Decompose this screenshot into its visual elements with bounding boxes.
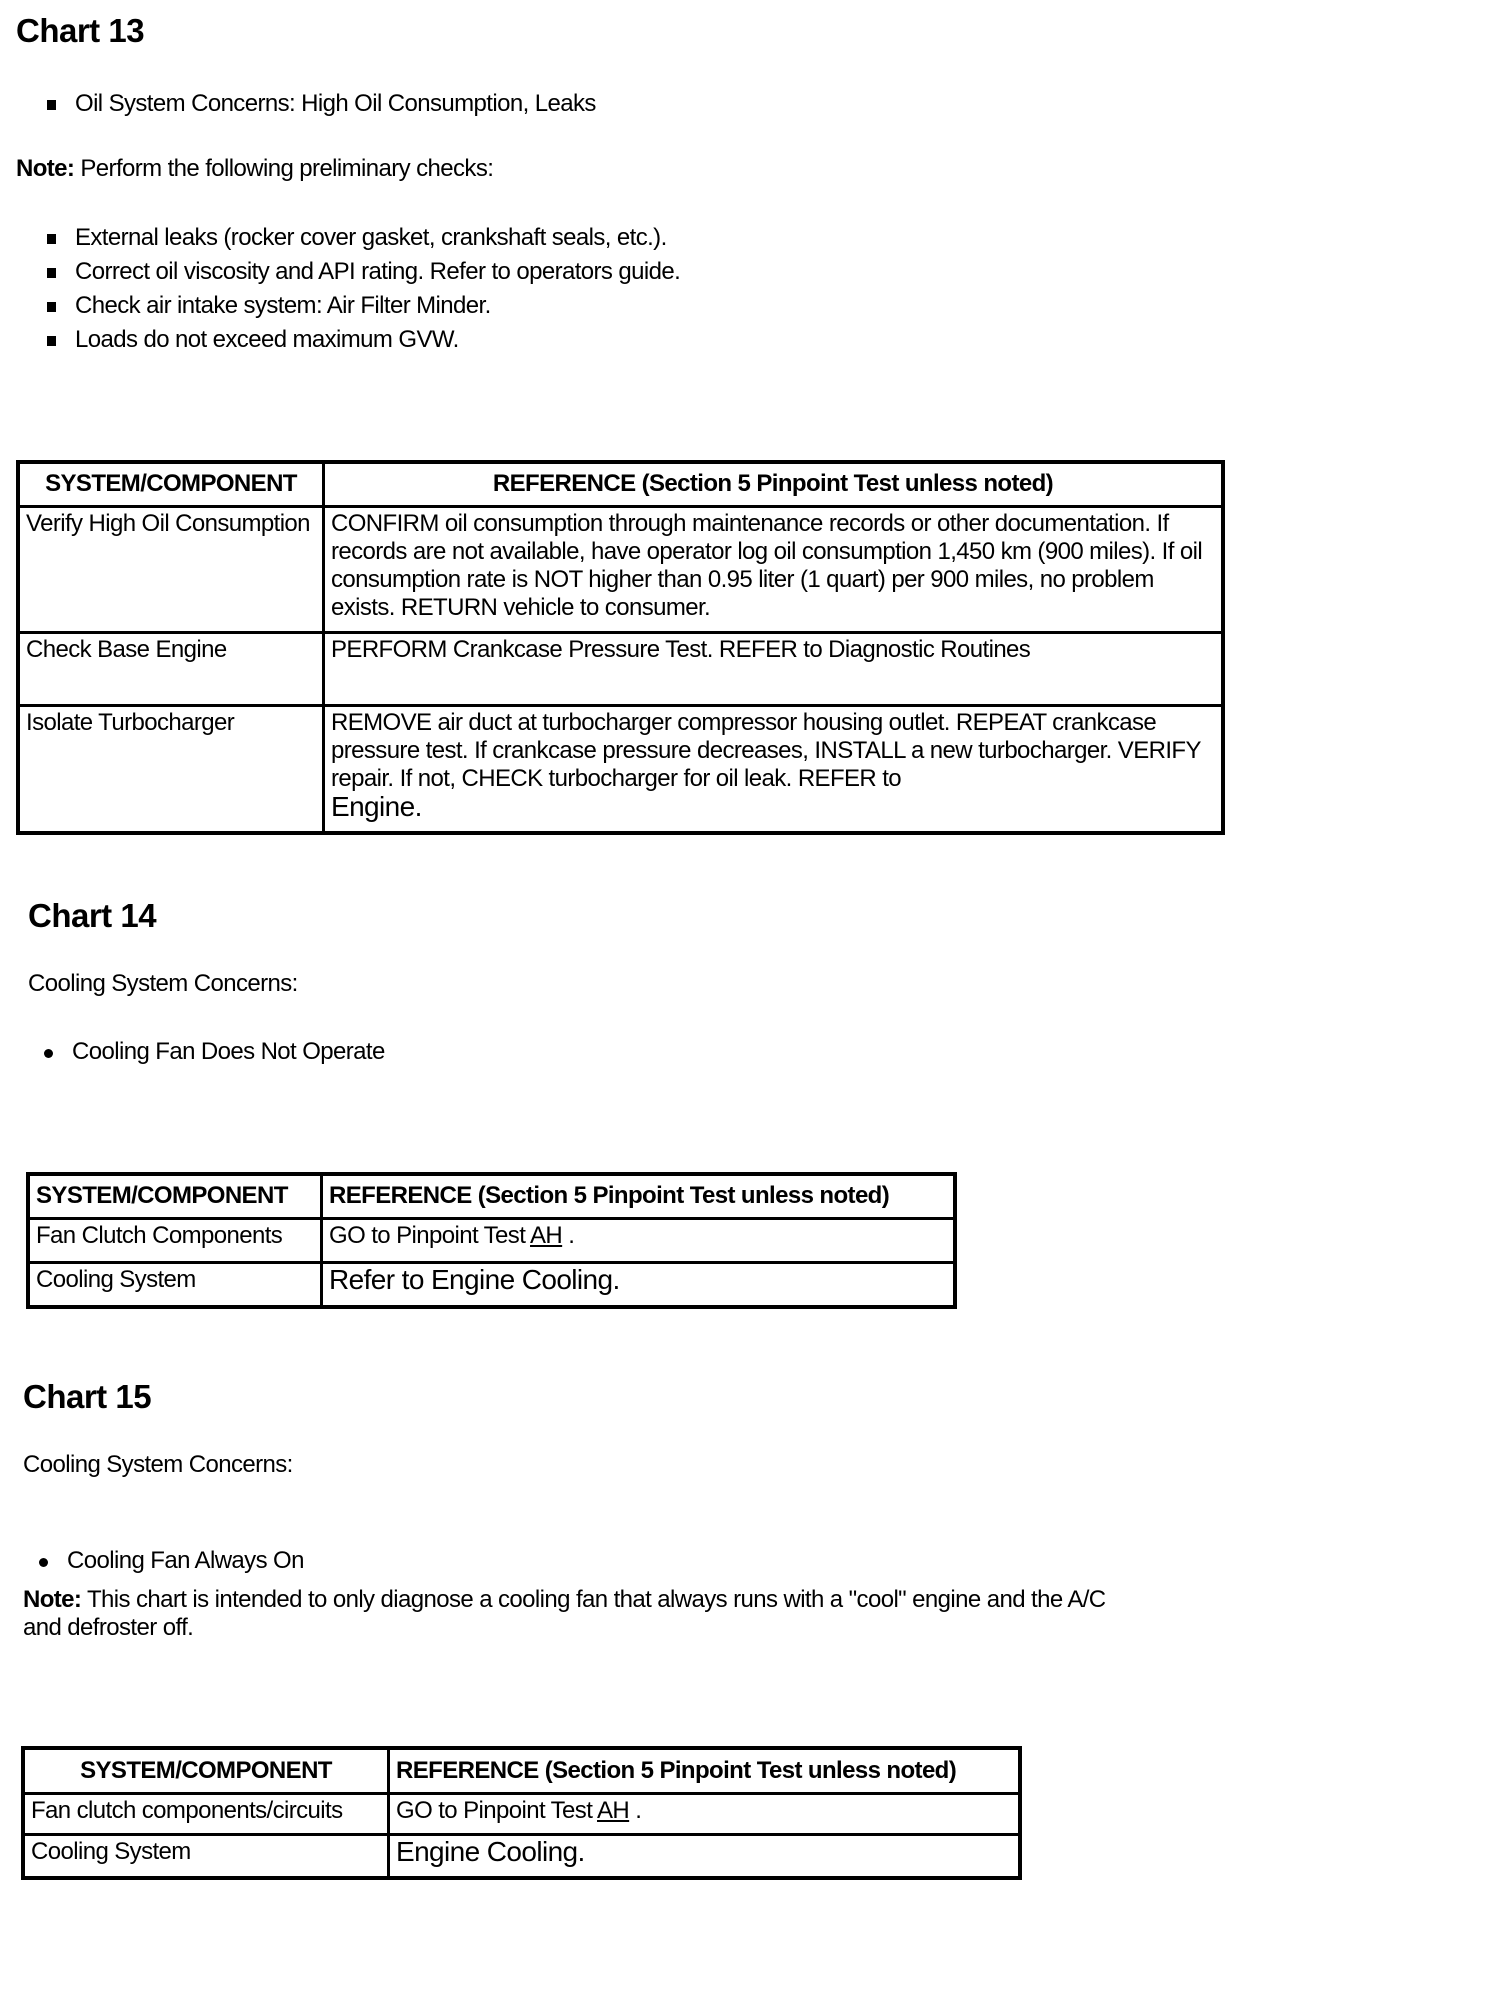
reference-cell: Refer to Engine Cooling. (322, 1262, 956, 1307)
chart-15-note: Note: This chart is intended to only dia… (23, 1586, 1106, 1642)
round-bullet-icon (44, 1049, 53, 1058)
engine-cooling-link[interactable]: Engine Cooling. (396, 1836, 585, 1867)
chart-15-title: Chart 15 (23, 1378, 151, 1416)
chart-13-title: Chart 13 (16, 12, 144, 50)
chart-13-concern-list: Oil System Concerns: High Oil Consumptio… (0, 87, 596, 121)
chart-15-table: SYSTEM/COMPONENT REFERENCE (Section 5 Pi… (21, 1746, 1022, 1880)
reference-cell: CONFIRM oil consumption through maintena… (324, 506, 1224, 632)
chart-13-table: SYSTEM/COMPONENT REFERENCE (Section 5 Pi… (16, 460, 1225, 835)
component-cell: Verify High Oil Consumption (18, 506, 324, 632)
column-header: REFERENCE (Section 5 Pinpoint Test unles… (389, 1748, 1021, 1793)
table-row: Cooling System Refer to Engine Cooling. (28, 1262, 955, 1307)
component-cell: Fan clutch components/circuits (23, 1793, 389, 1834)
component-cell: Cooling System (23, 1834, 389, 1878)
table-row: Verify High Oil Consumption CONFIRM oil … (18, 506, 1223, 632)
square-bullet-icon (47, 336, 56, 346)
engine-cooling-link[interactable]: Refer to Engine Cooling. (329, 1264, 620, 1295)
round-bullet-icon (39, 1558, 48, 1567)
component-cell: Fan Clutch Components (28, 1218, 322, 1262)
engine-link[interactable]: Engine. (331, 791, 422, 822)
table-header-row: SYSTEM/COMPONENT REFERENCE (Section 5 Pi… (28, 1174, 955, 1218)
reference-cell: GO to Pinpoint Test AH . (389, 1793, 1021, 1834)
chart-14-table: SYSTEM/COMPONENT REFERENCE (Section 5 Pi… (26, 1172, 957, 1309)
chart-15-intro: Cooling System Concerns: (23, 1451, 293, 1479)
check-item: External leaks (rocker cover gasket, cra… (0, 221, 680, 255)
chart-14-intro: Cooling System Concerns: (28, 970, 298, 998)
reference-cell: Engine Cooling. (389, 1834, 1021, 1878)
pinpoint-test-ah-link[interactable]: AH (597, 1797, 629, 1824)
table-row: Fan clutch components/circuits GO to Pin… (23, 1793, 1020, 1834)
chart-15-concern: Cooling Fan Always On (0, 1547, 1496, 1575)
table-row: Cooling System Engine Cooling. (23, 1834, 1020, 1878)
component-cell: Isolate Turbocharger (18, 705, 324, 833)
chart-13-note: Note: Perform the following preliminary … (16, 155, 493, 183)
table-header-row: SYSTEM/COMPONENT REFERENCE (Section 5 Pi… (23, 1748, 1020, 1793)
component-cell: Check Base Engine (18, 632, 324, 705)
reference-cell: GO to Pinpoint Test AH . (322, 1218, 956, 1262)
table-row: Check Base Engine PERFORM Crankcase Pres… (18, 632, 1223, 705)
reference-cell: REMOVE air duct at turbocharger compress… (324, 705, 1224, 833)
column-header: SYSTEM/COMPONENT (28, 1174, 322, 1218)
square-bullet-icon (47, 234, 56, 244)
square-bullet-icon (47, 100, 56, 110)
table-row: Fan Clutch Components GO to Pinpoint Tes… (28, 1218, 955, 1262)
chart-14-title: Chart 14 (28, 897, 156, 935)
square-bullet-icon (47, 302, 56, 312)
column-header: REFERENCE (Section 5 Pinpoint Test unles… (322, 1174, 956, 1218)
reference-cell: PERFORM Crankcase Pressure Test. REFER t… (324, 632, 1224, 705)
chart-14-concern: Cooling Fan Does Not Operate (0, 1038, 1501, 1066)
check-item: Loads do not exceed maximum GVW. (0, 323, 680, 357)
table-row: Isolate Turbocharger REMOVE air duct at … (18, 705, 1223, 833)
component-cell: Cooling System (28, 1262, 322, 1307)
square-bullet-icon (47, 268, 56, 278)
column-header: SYSTEM/COMPONENT (18, 462, 324, 506)
concern-item: Oil System Concerns: High Oil Consumptio… (0, 87, 596, 121)
pinpoint-test-ah-link[interactable]: AH (530, 1222, 562, 1249)
table-header-row: SYSTEM/COMPONENT REFERENCE (Section 5 Pi… (18, 462, 1223, 506)
column-header: SYSTEM/COMPONENT (23, 1748, 389, 1793)
column-header: REFERENCE (Section 5 Pinpoint Test unles… (324, 462, 1224, 506)
check-item: Check air intake system: Air Filter Mind… (0, 289, 680, 323)
check-item: Correct oil viscosity and API rating. Re… (0, 255, 680, 289)
preliminary-checks-list: External leaks (rocker cover gasket, cra… (0, 221, 680, 357)
